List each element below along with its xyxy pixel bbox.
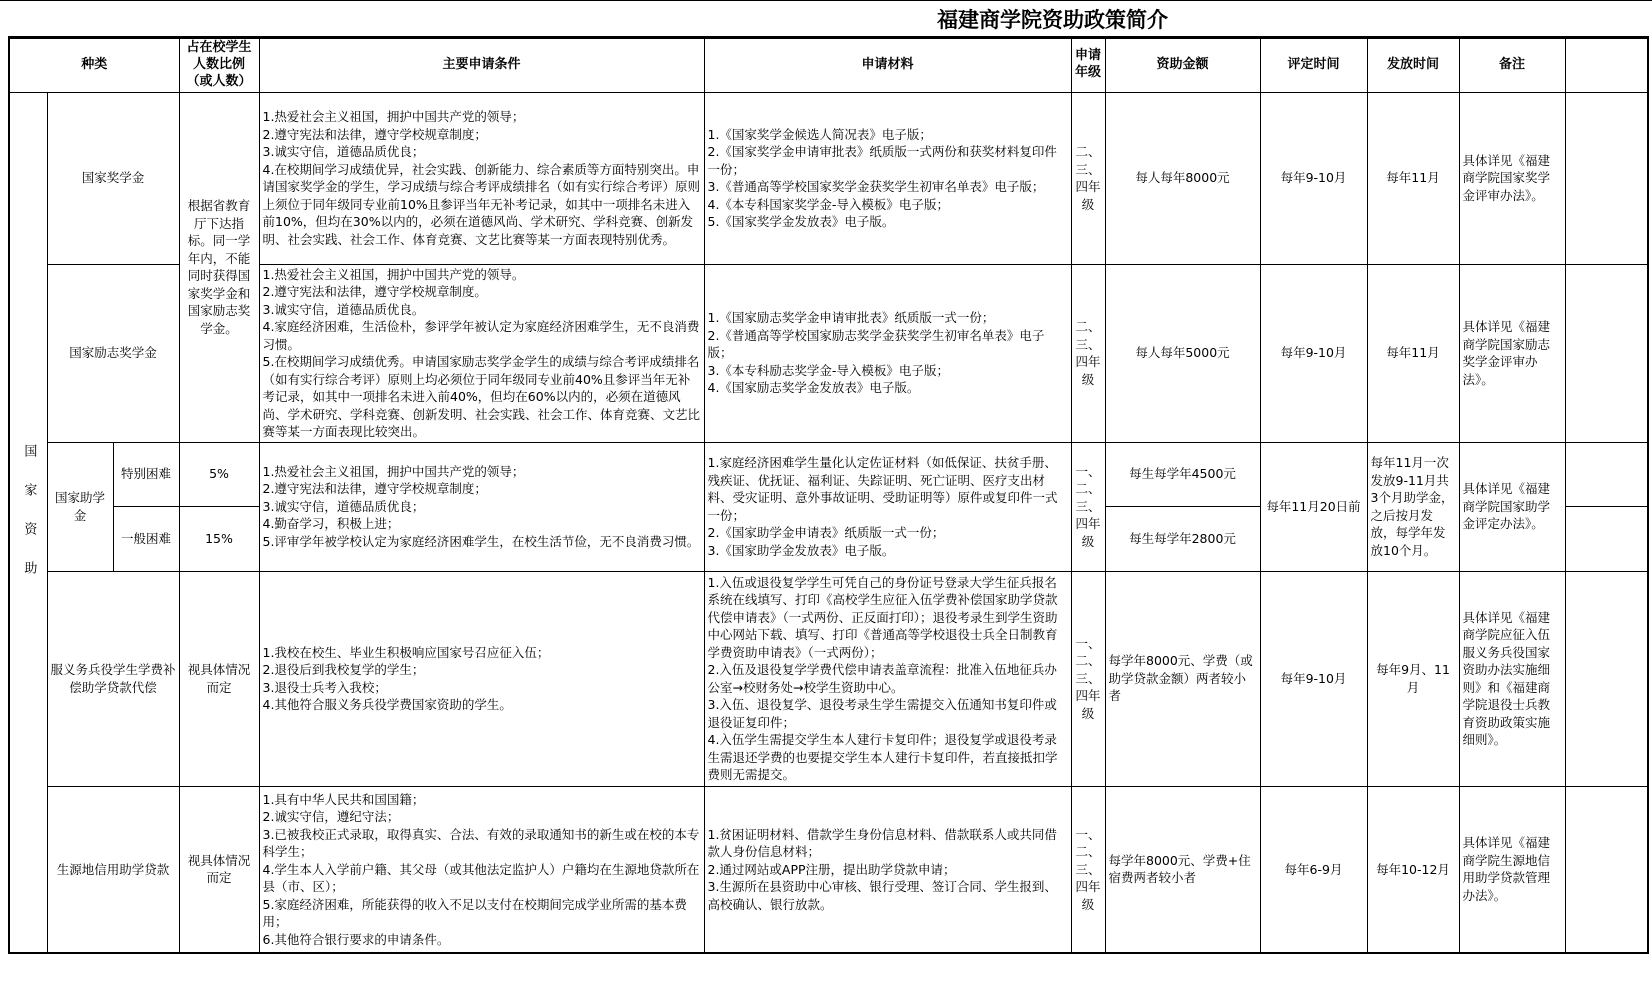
header-row: 种类 占在校学生人数比例（或人数） 主要申请条件 申请材料 申请年级 资助金额 … (9, 38, 1648, 93)
header-spacer-cell (1565, 38, 1648, 93)
spacer-cell (1565, 442, 1648, 506)
subtype-general-difficulty: 一般困难 (113, 506, 179, 571)
pay-military-service-compensation: 每年9月、11月 (1367, 571, 1459, 786)
header-note: 备注 (1459, 38, 1565, 93)
ratio-source-area-loan: 视具体情况而定 (179, 786, 259, 953)
type-encouragement-scholarship: 国家励志奖学金 (47, 264, 179, 442)
row-military-service-compensation: 服义务兵役学生学费补偿助学贷款代偿 视具体情况而定 1.我校在校生、毕业生积极响… (9, 571, 1648, 786)
conditions-military-service-compensation: 1.我校在校生、毕业生积极响应国家号召应征入伍； 2.退役后到我校复学的学生； … (259, 571, 704, 786)
header-amount: 资助金额 (1105, 38, 1260, 93)
amount-national-scholarship: 每人每年8000元 (1105, 92, 1260, 264)
spacer-cell (1565, 264, 1648, 442)
page-title: 福建商学院资助政策简介 (8, 5, 1647, 36)
subtype-special-difficulty: 特别困难 (113, 442, 179, 506)
header-materials: 申请材料 (704, 38, 1071, 93)
ratio-general-difficulty: 15% (179, 506, 259, 571)
eval-national-grant: 每年11月20日前 (1260, 442, 1367, 571)
materials-encouragement-scholarship: 1.《国家励志奖学金申请审批表》纸质版一式一份； 2.《普通高等学校国家励志奖学… (704, 264, 1071, 442)
conditions-national-grant: 1.热爱社会主义祖国，拥护中国共产党的领导； 2.遵守宪法和法律，遵守学校规章制… (259, 442, 704, 571)
pay-national-grant: 每年11月一次发放9-11月共3个月助学金，之后按月发放，每学年发放10个月。 (1367, 442, 1459, 571)
note-encouragement-scholarship: 具体详见《福建商学院国家励志奖学金评审办法》。 (1459, 264, 1565, 442)
header-conditions: 主要申请条件 (259, 38, 704, 93)
ratio-special-difficulty: 5% (179, 442, 259, 506)
note-source-area-loan: 具体详见《福建商学院生源地信用助学贷款管理办法》。 (1459, 786, 1565, 953)
header-category: 种类 (9, 38, 179, 93)
grade-source-area-loan: 一、二、三、四年级 (1071, 786, 1105, 953)
group-label-national-aid: 国家资助 (9, 92, 47, 953)
amount-general-difficulty: 每生每学年2800元 (1105, 506, 1260, 571)
grade-military-service-compensation: 一、二、三、四年级 (1071, 571, 1105, 786)
materials-national-scholarship: 1.《国家奖学金候选人简况表》电子版； 2.《国家奖学金申请审批表》纸质版一式两… (704, 92, 1071, 264)
header-ratio: 占在校学生人数比例（或人数） (179, 38, 259, 93)
header-eval-time: 评定时间 (1260, 38, 1367, 93)
grade-national-scholarship: 二、三、四年级 (1071, 92, 1105, 264)
note-national-scholarship: 具体详见《福建商学院国家奖学金评审办法》。 (1459, 92, 1565, 264)
grade-national-grant: 一、二、三、四年级 (1071, 442, 1105, 571)
header-grade: 申请年级 (1071, 38, 1105, 93)
spacer-cell (1565, 506, 1648, 571)
eval-source-area-loan: 每年6-9月 (1260, 786, 1367, 953)
spacer-cell (1565, 92, 1648, 264)
amount-encouragement-scholarship: 每人每年5000元 (1105, 264, 1260, 442)
row-national-scholarship: 国家资助 国家奖学金 根据省教育厅下达指标。同一学年内，不能同时获得国家奖学金和… (9, 92, 1648, 264)
aid-policy-table: 种类 占在校学生人数比例（或人数） 主要申请条件 申请材料 申请年级 资助金额 … (8, 36, 1649, 954)
type-military-service-compensation: 服义务兵役学生学费补偿助学贷款代偿 (47, 571, 179, 786)
ratio-scholarships-shared: 根据省教育厅下达指标。同一学年内，不能同时获得国家奖学金和国家励志奖学金。 (179, 92, 259, 442)
type-national-scholarship: 国家奖学金 (47, 92, 179, 264)
type-national-grant: 国家助学金 (47, 442, 113, 571)
pay-encouragement-scholarship: 每年11月 (1367, 264, 1459, 442)
ratio-military-service-compensation: 视具体情况而定 (179, 571, 259, 786)
type-source-area-loan: 生源地信用助学贷款 (47, 786, 179, 953)
amount-military-service-compensation: 每学年8000元、学费（或助学贷款金额）两者较小者 (1105, 571, 1260, 786)
conditions-national-scholarship: 1.热爱社会主义祖国，拥护中国共产党的领导； 2.遵守宪法和法律，遵守学校规章制… (259, 92, 704, 264)
eval-encouragement-scholarship: 每年9-10月 (1260, 264, 1367, 442)
row-national-grant-special: 国家助学金 特别困难 5% 1.热爱社会主义祖国，拥护中国共产党的领导； 2.遵… (9, 442, 1648, 506)
spacer-cell (1565, 571, 1648, 786)
materials-military-service-compensation: 1.入伍或退役复学学生可凭自己的身份证号登录大学生征兵报名系统在线填写、打印《高… (704, 571, 1071, 786)
note-military-service-compensation: 具体详见《福建商学院应征入伍服义务兵役国家资助办法实施细则》和《福建商学院退役士… (1459, 571, 1565, 786)
header-pay-time: 发放时间 (1367, 38, 1459, 93)
amount-source-area-loan: 每学年8000元、学费+住宿费两者较小者 (1105, 786, 1260, 953)
row-source-area-loan: 生源地信用助学贷款 视具体情况而定 1.具有中华人民共和国国籍； 2.诚实守信，… (9, 786, 1648, 953)
pay-source-area-loan: 每年10-12月 (1367, 786, 1459, 953)
materials-national-grant: 1.家庭经济困难学生量化认定佐证材料（如低保证、扶贫手册、残疾证、优抚证、福利证… (704, 442, 1071, 571)
pay-national-scholarship: 每年11月 (1367, 92, 1459, 264)
document-page: 福建商学院资助政策简介 种类 占在校学生人数比例（或人数） 主要申请条件 申请材… (0, 1, 1652, 954)
conditions-encouragement-scholarship: 1.热爱社会主义祖国，拥护中国共产党的领导。 2.遵守宪法和法律，遵守学校规章制… (259, 264, 704, 442)
materials-source-area-loan: 1.贫困证明材料、借款学生身份信息材料、借款联系人或共同借款人身份信息材料； 2… (704, 786, 1071, 953)
grade-encouragement-scholarship: 二、三、四年级 (1071, 264, 1105, 442)
note-national-grant: 具体详见《福建商学院国家助学金评定办法》。 (1459, 442, 1565, 571)
conditions-source-area-loan: 1.具有中华人民共和国国籍； 2.诚实守信，遵纪守法； 3.已被我校正式录取，取… (259, 786, 704, 953)
eval-national-scholarship: 每年9-10月 (1260, 92, 1367, 264)
eval-military-service-compensation: 每年9-10月 (1260, 571, 1367, 786)
spacer-cell (1565, 786, 1648, 953)
amount-special-difficulty: 每生每学年4500元 (1105, 442, 1260, 506)
